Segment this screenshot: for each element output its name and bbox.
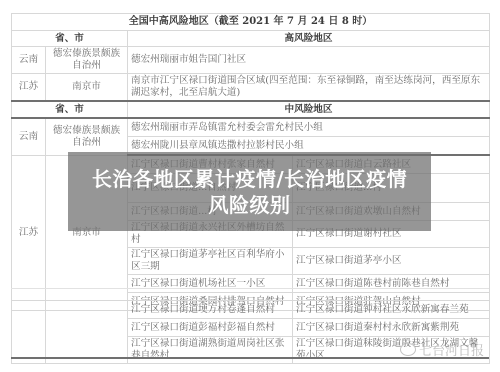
header-high-risk: 高风险地区 bbox=[128, 31, 490, 47]
header-province: 省、市 bbox=[12, 31, 128, 47]
table-row: 云南 德宏傣族景颇族自治州 德宏州瑞丽市弄岛镇雷允村委会雷允村民小组 bbox=[12, 118, 490, 137]
watermark-text: 七台河日报 bbox=[419, 340, 484, 359]
document-page: 全国中高风险地区（截至 2021 年 7 月 24 日 8 时） 省、市 高风险… bbox=[0, 0, 500, 372]
area-cell: 江宁区禄口街道陈巷村前陈巷自然村 bbox=[293, 275, 490, 293]
province-cell: 云南 bbox=[12, 47, 46, 74]
source-watermark: 七台河日报 bbox=[400, 340, 484, 359]
area-cell: 江宁区禄口街道茅亭小区 bbox=[293, 248, 490, 275]
header-province-medium: 省、市 bbox=[12, 101, 128, 118]
city-cell: 南京市 bbox=[46, 74, 128, 102]
city-cell: 德宏傣族景颇族自治州 bbox=[46, 118, 128, 155]
table-row: 江宁区禄口街道埂方村卷蓬自然村 江宁区禄口街道钟村社区永欣新寓春兰苑 bbox=[12, 301, 490, 319]
area-cell: 江宁区禄口街道钟村社区永欣新寓春兰苑 bbox=[293, 301, 490, 319]
city-cell: 德宏傣族景颇族自治州 bbox=[46, 47, 128, 74]
headline-overlay: 长治各地区累计疫情/长治地区疫情 风险级别 bbox=[68, 152, 431, 231]
province-cell: 江苏 bbox=[12, 74, 46, 102]
area-cell: 江宁区禄口街道彭福村彭福自然村 bbox=[128, 319, 293, 337]
area-cell: 江宁区禄口街道茅亭社区百利华府小区三期 bbox=[128, 248, 293, 275]
wechat-icon bbox=[400, 343, 416, 356]
area-cell: 德宏州瑞丽市姐告国门社区 bbox=[128, 47, 490, 74]
table-row: 云南 德宏傣族景颇族自治州 德宏州瑞丽市姐告国门社区 bbox=[12, 47, 490, 74]
area-cell: 南京市江宁区禄口街道围合区域(四至范围：东至禄铜路，南至达练岗河，西至原东湖迟家… bbox=[128, 74, 490, 102]
city-cell-empty bbox=[46, 301, 128, 364]
headline-line-1: 长治各地区累计疫情/长治地区疫情 bbox=[68, 166, 431, 192]
area-cell: 德宏州瑞丽市弄岛镇雷允村委会雷允村民小组 bbox=[128, 118, 490, 137]
headline-line-2: 风险级别 bbox=[68, 192, 431, 218]
province-cell: 云南 bbox=[12, 118, 46, 155]
area-cell: 江宁区禄口街道秦村村永欣新寓紫荆苑 bbox=[293, 319, 490, 337]
page-break-divider bbox=[11, 288, 489, 289]
table-title: 全国中高风险地区（截至 2021 年 7 月 24 日 8 时） bbox=[12, 14, 490, 31]
header-medium-risk: 中风险地区 bbox=[128, 101, 490, 118]
table-row: 江苏 南京市 南京市江宁区禄口街道围合区域(四至范围：东至禄铜路，南至达练岗河，… bbox=[12, 74, 490, 102]
area-cell: 江宁区禄口街道机场社区一小区 bbox=[128, 275, 293, 293]
area-cell: 江宁区禄口街道湖熟街道周岗社区张巷自然村 bbox=[128, 337, 293, 364]
province-cell-empty bbox=[12, 301, 46, 364]
area-cell: 江宁区禄口街道埂方村卷蓬自然村 bbox=[128, 301, 293, 319]
